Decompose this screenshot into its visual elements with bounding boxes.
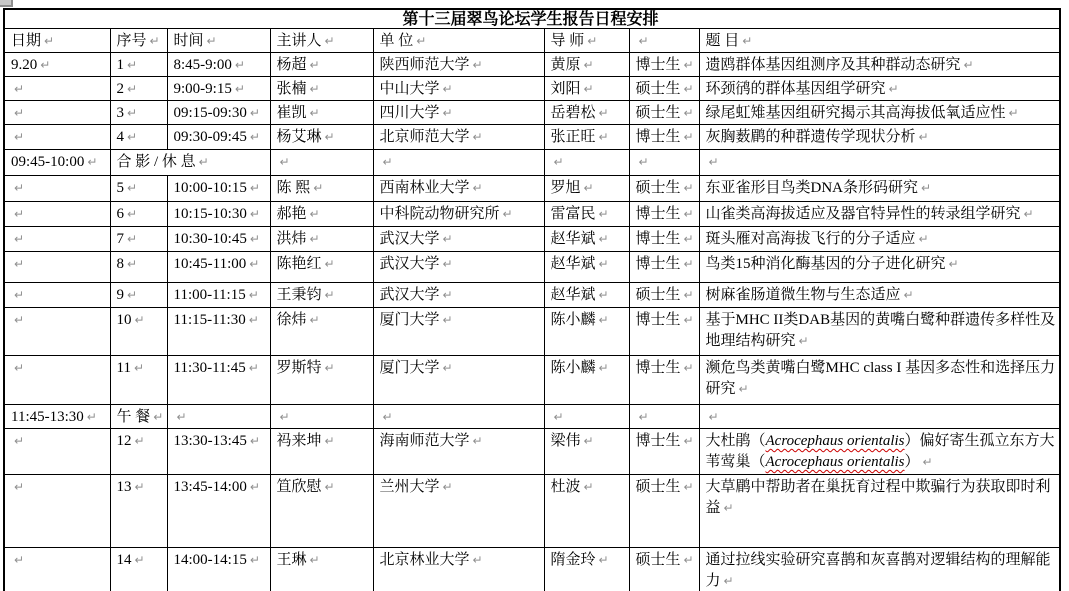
paragraph-mark-icon: ↵ xyxy=(681,361,694,375)
speaker-cell[interactable]: 王秉钧↵ xyxy=(270,283,373,308)
topic-cell[interactable]: 树麻雀肠道微生物与生态适应↵ xyxy=(699,283,1060,308)
index-cell[interactable]: 5↵ xyxy=(110,176,167,202)
topic-cell[interactable]: 通过拉线实验研究喜鹊和灰喜鹊对逻辑结构的理解能力↵ xyxy=(699,548,1060,591)
header-label: 题 目 xyxy=(706,33,740,49)
table-row: ↵2↵9:00-9:15↵张楠↵中山大学↵刘阳↵硕士生↵环颈鸻的群体基因组学研究… xyxy=(4,77,1060,101)
cell-text: 10:30-10:45 xyxy=(174,231,247,247)
paragraph-mark-icon: ↵ xyxy=(721,574,734,588)
degree-cell[interactable]: 博士生↵ xyxy=(629,356,699,405)
paragraph-mark-icon: ↵ xyxy=(247,207,260,221)
date-cell[interactable]: ↵ xyxy=(4,227,110,252)
cell-text: 遗鸥群体基因组测序及其种群动态研究 xyxy=(706,57,961,73)
date-cell[interactable]: ↵ xyxy=(4,356,110,405)
affiliation-cell[interactable]: ↵ xyxy=(373,405,544,429)
paragraph-mark-icon: ↵ xyxy=(440,361,453,375)
date-cell[interactable]: ↵ xyxy=(4,77,110,101)
cell-text: 11:30-11:45 xyxy=(174,360,246,376)
cell-text: 9 xyxy=(117,287,125,303)
cell-text: 博士生 xyxy=(636,231,681,247)
paragraph-mark-icon: ↵ xyxy=(131,361,144,375)
cell-text: 大草鹛中帮助者在巢抚育过程中欺骗行为获取即时利益 xyxy=(706,479,1051,516)
cell-text: 陈 熙 xyxy=(277,180,311,196)
cell-text: 雷富民 xyxy=(551,206,596,222)
cell-text: 武汉大学 xyxy=(380,287,440,303)
cell-text: 6 xyxy=(117,206,125,222)
paragraph-mark-icon: ↵ xyxy=(916,232,929,246)
header-label: 序号 xyxy=(117,33,147,49)
table-row: ↵10↵11:15-11:30↵徐炜↵厦门大学↵陈小麟↵博士生↵基于MHC II… xyxy=(4,308,1060,356)
table-row: ↵13↵13:45-14:00↵笪欣慰↵兰州大学↵杜波↵硕士生↵大草鹛中帮助者在… xyxy=(4,475,1060,548)
index-cell[interactable]: 8↵ xyxy=(110,252,167,283)
paragraph-mark-icon: ↵ xyxy=(470,181,483,195)
topic-cell[interactable]: 绿尾虹雉基因组研究揭示其高海拔低氧适应性↵ xyxy=(699,101,1060,125)
time-cell[interactable]: 10:00-10:15↵ xyxy=(167,176,270,202)
header-time[interactable]: 时间↵ xyxy=(167,29,270,53)
cell-text: 陈小麟 xyxy=(551,312,596,328)
paragraph-mark-icon: ↵ xyxy=(307,232,320,246)
paragraph-mark-icon: ↵ xyxy=(440,257,453,271)
speaker-cell[interactable]: 杨超↵ xyxy=(270,53,373,77)
cell-text: 濒危鸟类黄嘴白鹭MHC class I 基因多态性和选择压力研究 xyxy=(706,360,1056,397)
paragraph-mark-icon: ↵ xyxy=(470,58,483,72)
paragraph-mark-icon: ↵ xyxy=(124,82,137,96)
topic-cell[interactable]: ↵ xyxy=(699,405,1060,429)
header-affiliation[interactable]: 单 位↵ xyxy=(373,29,544,53)
index-cell[interactable]: 2↵ xyxy=(110,77,167,101)
paragraph-mark-icon: ↵ xyxy=(596,288,609,302)
paragraph-mark-icon: ↵ xyxy=(84,155,97,169)
date-cell[interactable]: 11:45-13:30↵ xyxy=(4,405,110,429)
header-topic[interactable]: 题 目↵ xyxy=(699,29,1060,53)
advisor-cell[interactable]: 雷富民↵ xyxy=(544,202,629,227)
paragraph-mark-icon: ↵ xyxy=(246,257,259,271)
cell-text: 徐炜 xyxy=(277,312,307,328)
cell-text: 09:15-09:30 xyxy=(174,105,247,121)
paragraph-mark-icon: ↵ xyxy=(124,181,137,195)
advisor-cell[interactable]: ↵ xyxy=(544,405,629,429)
paragraph-mark-icon: ↵ xyxy=(636,155,649,169)
paragraph-mark-icon: ↵ xyxy=(322,361,335,375)
cell-text: 郝艳 xyxy=(277,206,307,222)
date-cell[interactable]: ↵ xyxy=(4,125,110,150)
session-label[interactable]: 合 影 / 休 息↵ xyxy=(110,150,270,176)
degree-cell[interactable]: 硕士生↵ xyxy=(629,101,699,125)
advisor-cell[interactable]: 岳碧松↵ xyxy=(544,101,629,125)
degree-cell[interactable]: 博士生↵ xyxy=(629,429,699,475)
cell-text: 兰州大学 xyxy=(380,479,440,495)
degree-cell[interactable]: 博士生↵ xyxy=(629,308,699,356)
index-cell[interactable]: 7↵ xyxy=(110,227,167,252)
speaker-cell[interactable]: 祃来坤↵ xyxy=(270,429,373,475)
paragraph-mark-icon: ↵ xyxy=(901,288,914,302)
paragraph-mark-icon: ↵ xyxy=(596,207,609,221)
degree-cell[interactable]: ↵ xyxy=(629,405,699,429)
time-cell[interactable]: 11:15-11:30↵ xyxy=(167,308,270,356)
paragraph-mark-icon: ↵ xyxy=(132,553,145,567)
paragraph-mark-icon: ↵ xyxy=(322,434,335,448)
cell-text: 博士生 xyxy=(636,129,681,145)
paragraph-mark-icon: ↵ xyxy=(322,480,335,494)
paragraph-mark-icon: ↵ xyxy=(124,232,137,246)
paragraph-mark-icon: ↵ xyxy=(681,58,694,72)
latin-species-name: Acrocephaus orientalis xyxy=(766,433,905,449)
speaker-cell[interactable]: 陈 熙↵ xyxy=(270,176,373,202)
paragraph-mark-icon: ↵ xyxy=(84,410,97,424)
paragraph-mark-icon: ↵ xyxy=(681,232,694,246)
paragraph-mark-icon: ↵ xyxy=(440,232,453,246)
cell-text: 2 xyxy=(117,81,125,97)
cell-text: 王琳 xyxy=(277,552,307,568)
time-cell[interactable]: 8:45-9:00↵ xyxy=(167,53,270,77)
advisor-cell[interactable]: 罗旭↵ xyxy=(544,176,629,202)
paragraph-mark-icon: ↵ xyxy=(11,130,24,144)
table-row: ↵3↵09:15-09:30↵崔凯↵四川大学↵岳碧松↵硕士生↵绿尾虹雉基因组研究… xyxy=(4,101,1060,125)
time-cell[interactable]: 10:30-10:45↵ xyxy=(167,227,270,252)
date-cell[interactable]: ↵ xyxy=(4,548,110,591)
cell-text: 9.20 xyxy=(11,57,37,73)
time-cell[interactable]: 09:15-09:30↵ xyxy=(167,101,270,125)
cell-text: 硕士生 xyxy=(636,105,681,121)
speaker-cell[interactable]: 张楠↵ xyxy=(270,77,373,101)
cell-text: 刘阳 xyxy=(551,81,581,97)
speaker-cell[interactable]: 陈艳红↵ xyxy=(270,252,373,283)
date-cell[interactable]: ↵ xyxy=(4,101,110,125)
cell-text: 硕士生 xyxy=(636,287,681,303)
paragraph-mark-icon: ↵ xyxy=(11,207,24,221)
header-label: 导 师 xyxy=(551,33,585,49)
paragraph-mark-icon: ↵ xyxy=(681,257,694,271)
time-cell[interactable]: 11:30-11:45↵ xyxy=(167,356,270,405)
paragraph-mark-icon: ↵ xyxy=(440,106,453,120)
paragraph-mark-icon: ↵ xyxy=(11,82,24,96)
cell-text: 10 xyxy=(117,312,132,328)
date-cell[interactable]: ↵ xyxy=(4,308,110,356)
cell-text: 海南师范大学 xyxy=(380,433,470,449)
index-cell[interactable]: 14↵ xyxy=(110,548,167,591)
cell-text: 11 xyxy=(117,360,131,376)
table-title-cell[interactable]: 第十三届翠鸟论坛学生报告日程安排 xyxy=(4,9,1060,29)
paragraph-mark-icon: ↵ xyxy=(124,207,137,221)
table-move-handle-icon[interactable] xyxy=(0,0,13,7)
affiliation-cell[interactable]: 海南师范大学↵ xyxy=(373,429,544,475)
paragraph-mark-icon: ↵ xyxy=(918,181,931,195)
speaker-cell[interactable]: 郝艳↵ xyxy=(270,202,373,227)
cell-text: 武汉大学 xyxy=(380,256,440,272)
cell-text: 10:15-10:30 xyxy=(174,206,247,222)
time-cell[interactable]: ↵ xyxy=(167,405,270,429)
time-cell[interactable]: 13:30-13:45↵ xyxy=(167,429,270,475)
advisor-cell[interactable]: 杜波↵ xyxy=(544,475,629,548)
latin-species-name: Acrocephaus orientalis xyxy=(766,454,905,470)
time-cell[interactable]: 14:00-14:15↵ xyxy=(167,548,270,591)
index-cell[interactable]: 10↵ xyxy=(110,308,167,356)
time-cell[interactable]: 10:15-10:30↵ xyxy=(167,202,270,227)
cell-text: 陈小麟 xyxy=(551,360,596,376)
speaker-cell[interactable]: 罗斯特↵ xyxy=(270,356,373,405)
date-cell[interactable]: ↵ xyxy=(4,252,110,283)
paragraph-mark-icon: ↵ xyxy=(232,58,245,72)
time-cell[interactable]: 9:00-9:15↵ xyxy=(167,77,270,101)
speaker-cell[interactable]: 崔凯↵ xyxy=(270,101,373,125)
topic-cell[interactable]: ↵ xyxy=(699,150,1060,176)
cell-text: 11:00-11:15 xyxy=(174,287,246,303)
header-degree[interactable]: ↵ xyxy=(629,29,699,53)
topic-cell[interactable]: 环颈鸻的群体基因组学研究↵ xyxy=(699,77,1060,101)
affiliation-cell[interactable]: 西南林业大学↵ xyxy=(373,176,544,202)
paragraph-mark-icon: ↵ xyxy=(246,313,259,327)
degree-cell[interactable]: ↵ xyxy=(629,150,699,176)
affiliation-cell[interactable]: 陕西师范大学↵ xyxy=(373,53,544,77)
advisor-cell[interactable]: 赵华斌↵ xyxy=(544,227,629,252)
cell-text: 中山大学 xyxy=(380,81,440,97)
topic-cell[interactable]: 斑头雁对高海拔飞行的分子适应↵ xyxy=(699,227,1060,252)
paragraph-mark-icon: ↵ xyxy=(440,82,453,96)
topic-cell[interactable]: 遗鸥群体基因组测序及其种群动态研究↵ xyxy=(699,53,1060,77)
header-label: 主讲人 xyxy=(277,33,322,49)
cell-text: 厦门大学 xyxy=(380,360,440,376)
affiliation-cell[interactable]: 武汉大学↵ xyxy=(373,252,544,283)
cell-text: 11:45-13:30 xyxy=(11,409,84,425)
cell-text: 10:00-10:15 xyxy=(174,180,247,196)
topic-cell[interactable]: 濒危鸟类黄嘴白鹭MHC class I 基因多态性和选择压力研究↵ xyxy=(699,356,1060,405)
advisor-cell[interactable]: 赵华斌↵ xyxy=(544,283,629,308)
cell-text: 14 xyxy=(117,552,132,568)
index-cell[interactable]: 3↵ xyxy=(110,101,167,125)
paragraph-mark-icon: ↵ xyxy=(322,257,335,271)
table-row: 9.20↵1↵8:45-9:00↵杨超↵陕西师范大学↵黄原↵博士生↵遗鸥群体基因… xyxy=(4,53,1060,77)
index-cell[interactable]: 4↵ xyxy=(110,125,167,150)
advisor-cell[interactable]: ↵ xyxy=(544,150,629,176)
paragraph-mark-icon: ↵ xyxy=(124,106,137,120)
cell-text: 岳碧松 xyxy=(551,105,596,121)
paragraph-mark-icon: ↵ xyxy=(596,106,609,120)
cell-text: 张正旺 xyxy=(551,129,596,145)
paragraph-mark-icon: ↵ xyxy=(11,361,24,375)
topic-cell[interactable]: 灰胸薮鹛的种群遗传学现状分析↵ xyxy=(699,125,1060,150)
cell-text: 环颈鸻的群体基因组学研究 xyxy=(706,81,886,97)
cell-text: 东亚雀形目鸟类DNA条形码研究 xyxy=(706,180,919,196)
paragraph-mark-icon: ↵ xyxy=(596,232,609,246)
advisor-cell[interactable]: 梁伟↵ xyxy=(544,429,629,475)
advisor-cell[interactable]: 黄原↵ xyxy=(544,53,629,77)
speaker-cell[interactable]: ↵ xyxy=(270,405,373,429)
paragraph-mark-icon: ↵ xyxy=(307,553,320,567)
cell-text: 洪炜 xyxy=(277,231,307,247)
degree-cell[interactable]: 博士生↵ xyxy=(629,125,699,150)
cell-text: 通过拉线实验研究喜鹊和灰喜鹊对逻辑结构的理解能力 xyxy=(706,552,1051,589)
affiliation-cell[interactable]: 北京师范大学↵ xyxy=(373,125,544,150)
affiliation-cell[interactable]: 厦门大学↵ xyxy=(373,356,544,405)
paragraph-mark-icon: ↵ xyxy=(307,207,320,221)
topic-cell[interactable]: 鸟类15种消化酶基因的分子进化研究↵ xyxy=(699,252,1060,283)
paragraph-mark-icon: ↵ xyxy=(596,313,609,327)
index-cell[interactable]: 1↵ xyxy=(110,53,167,77)
table-row: ↵14↵14:00-14:15↵王琳↵北京林业大学↵隋金玲↵硕士生↵通过拉线实验… xyxy=(4,548,1060,591)
affiliation-cell[interactable]: 中科院动物研究所↵ xyxy=(373,202,544,227)
paragraph-mark-icon: ↵ xyxy=(946,257,959,271)
speaker-cell[interactable]: ↵ xyxy=(270,150,373,176)
paragraph-mark-icon: ↵ xyxy=(307,82,320,96)
date-cell[interactable]: ↵ xyxy=(4,475,110,548)
header-label: 时间 xyxy=(174,33,204,49)
table-row: 09:45-10:00↵合 影 / 休 息↵↵↵↵↵↵ xyxy=(4,150,1060,176)
cell-text: 北京林业大学 xyxy=(380,552,470,568)
affiliation-cell[interactable]: 北京林业大学↵ xyxy=(373,548,544,591)
index-cell[interactable]: 6↵ xyxy=(110,202,167,227)
cell-text: 厦门大学 xyxy=(380,312,440,328)
header-label: 单 位 xyxy=(380,33,414,49)
advisor-cell[interactable]: 刘阳↵ xyxy=(544,77,629,101)
time-cell[interactable]: 11:00-11:15↵ xyxy=(167,283,270,308)
degree-cell[interactable]: 硕士生↵ xyxy=(629,283,699,308)
paragraph-mark-icon: ↵ xyxy=(322,288,335,302)
header-index[interactable]: 序号↵ xyxy=(110,29,167,53)
paragraph-mark-icon: ↵ xyxy=(307,313,320,327)
paragraph-mark-icon: ↵ xyxy=(596,361,609,375)
paragraph-mark-icon: ↵ xyxy=(596,553,609,567)
header-advisor[interactable]: 导 师↵ xyxy=(544,29,629,53)
paragraph-mark-icon: ↵ xyxy=(246,288,259,302)
table-row: ↵6↵10:15-10:30↵郝艳↵中科院动物研究所↵雷富民↵博士生↵山雀类高海… xyxy=(4,202,1060,227)
advisor-cell[interactable]: 隋金玲↵ xyxy=(544,548,629,591)
paragraph-mark-icon: ↵ xyxy=(37,58,50,72)
table-row: ↵12↵13:30-13:45↵祃来坤↵海南师范大学↵梁伟↵博士生↵大杜鹃（Ac… xyxy=(4,429,1060,475)
cell-text: 杨超 xyxy=(277,57,307,73)
speaker-cell[interactable]: 杨艾琳↵ xyxy=(270,125,373,150)
header-speaker[interactable]: 主讲人↵ xyxy=(270,29,373,53)
session-label[interactable]: 午 餐↵ xyxy=(110,405,167,429)
date-cell[interactable]: ↵ xyxy=(4,283,110,308)
date-cell[interactable]: ↵ xyxy=(4,202,110,227)
paragraph-mark-icon: ↵ xyxy=(307,106,320,120)
paragraph-mark-icon: ↵ xyxy=(636,410,649,424)
paragraph-mark-icon: ↵ xyxy=(247,434,260,448)
paragraph-mark-icon: ↵ xyxy=(440,313,453,327)
cell-text: 硕士生 xyxy=(636,81,681,97)
paragraph-mark-icon: ↵ xyxy=(277,155,290,169)
cell-text: 陈艳红 xyxy=(277,256,322,272)
paragraph-mark-icon: ↵ xyxy=(706,155,719,169)
table-header-row: 日期↵序号↵时间↵主讲人↵单 位↵导 师↵↵题 目↵ xyxy=(4,29,1060,53)
cell-text: 9:00-9:15 xyxy=(174,81,232,97)
index-cell[interactable]: 11↵ xyxy=(110,356,167,405)
paragraph-mark-icon: ↵ xyxy=(132,313,145,327)
paragraph-mark-icon: ↵ xyxy=(681,130,694,144)
speaker-cell[interactable]: 王琳↵ xyxy=(270,548,373,591)
index-cell[interactable]: 12↵ xyxy=(110,429,167,475)
degree-cell[interactable]: 硕士生↵ xyxy=(629,176,699,202)
affiliation-cell[interactable]: 武汉大学↵ xyxy=(373,227,544,252)
paragraph-mark-icon: ↵ xyxy=(470,434,483,448)
cell-text: 崔凯 xyxy=(277,105,307,121)
affiliation-cell[interactable]: 武汉大学↵ xyxy=(373,283,544,308)
degree-cell[interactable]: 硕士生↵ xyxy=(629,475,699,548)
paragraph-mark-icon: ↵ xyxy=(124,130,137,144)
time-cell[interactable]: 09:30-09:45↵ xyxy=(167,125,270,150)
degree-cell[interactable]: 博士生↵ xyxy=(629,252,699,283)
paragraph-mark-icon: ↵ xyxy=(11,434,24,448)
cell-text: 斑头雁对高海拔飞行的分子适应 xyxy=(706,231,916,247)
page-title: 第十三届翠鸟论坛学生报告日程安排 xyxy=(402,11,658,28)
index-cell[interactable]: 9↵ xyxy=(110,283,167,308)
affiliation-cell[interactable]: ↵ xyxy=(373,150,544,176)
date-cell[interactable]: ↵ xyxy=(4,176,110,202)
cell-text: 3 xyxy=(117,105,125,121)
topic-cell[interactable]: 基于MHC II类DAB基因的黄嘴白鹭种群遗传多样性及地理结构研究↵ xyxy=(699,308,1060,356)
date-cell[interactable]: 9.20↵ xyxy=(4,53,110,77)
paragraph-mark-icon: ↵ xyxy=(636,34,649,48)
degree-cell[interactable]: 硕士生↵ xyxy=(629,77,699,101)
cell-text: 罗旭 xyxy=(551,180,581,196)
paragraph-mark-icon: ↵ xyxy=(581,480,594,494)
topic-cell[interactable]: 东亚雀形目鸟类DNA条形码研究↵ xyxy=(699,176,1060,202)
cell-text: 硕士生 xyxy=(636,479,681,495)
paragraph-mark-icon: ↵ xyxy=(584,34,597,48)
advisor-cell[interactable]: 赵华斌↵ xyxy=(544,252,629,283)
table-row: 11:45-13:30↵午 餐↵↵↵↵↵↵↵ xyxy=(4,405,1060,429)
header-date[interactable]: 日期↵ xyxy=(4,29,110,53)
cell-text: 梁伟 xyxy=(551,433,581,449)
topic-cell[interactable]: 大杜鹃（Acrocephaus orientalis）偏好寄生孤立东方大苇莺巢（… xyxy=(699,429,1060,475)
paragraph-mark-icon: ↵ xyxy=(307,58,320,72)
cell-text: 硕士生 xyxy=(636,552,681,568)
topic-cell[interactable]: 山雀类高海拔适应及器官特异性的转录组学研究↵ xyxy=(699,202,1060,227)
speaker-cell[interactable]: 笪欣慰↵ xyxy=(270,475,373,548)
advisor-cell[interactable]: 张正旺↵ xyxy=(544,125,629,150)
degree-cell[interactable]: 硕士生↵ xyxy=(629,548,699,591)
cell-text: 博士生 xyxy=(636,256,681,272)
paragraph-mark-icon: ↵ xyxy=(581,181,594,195)
paragraph-mark-icon: ↵ xyxy=(11,232,24,246)
degree-cell[interactable]: 博士生↵ xyxy=(629,53,699,77)
paragraph-mark-icon: ↵ xyxy=(681,207,694,221)
degree-cell[interactable]: 博士生↵ xyxy=(629,202,699,227)
cell-text: 博士生 xyxy=(636,433,681,449)
paragraph-mark-icon: ↵ xyxy=(174,410,187,424)
speaker-cell[interactable]: 徐炜↵ xyxy=(270,308,373,356)
cell-text: 10:45-11:00 xyxy=(174,256,247,272)
cell-text: 8:45-9:00 xyxy=(174,57,232,73)
date-cell[interactable]: 09:45-10:00↵ xyxy=(4,150,110,176)
paragraph-mark-icon: ↵ xyxy=(232,82,245,96)
paragraph-mark-icon: ↵ xyxy=(681,313,694,327)
topic-cell[interactable]: 大草鹛中帮助者在巢抚育过程中欺骗行为获取即时利益↵ xyxy=(699,475,1060,548)
affiliation-cell[interactable]: 中山大学↵ xyxy=(373,77,544,101)
paragraph-mark-icon: ↵ xyxy=(380,410,393,424)
cell-text: 硕士生 xyxy=(636,180,681,196)
affiliation-cell[interactable]: 厦门大学↵ xyxy=(373,308,544,356)
paragraph-mark-icon: ↵ xyxy=(132,434,145,448)
table-row: ↵8↵10:45-11:00↵陈艳红↵武汉大学↵赵华斌↵博士生↵鸟类15种消化酶… xyxy=(4,252,1060,283)
date-cell[interactable]: ↵ xyxy=(4,429,110,475)
index-cell[interactable]: 13↵ xyxy=(110,475,167,548)
paragraph-mark-icon: ↵ xyxy=(796,334,809,348)
cell-text: 北京师范大学 xyxy=(380,129,470,145)
speaker-cell[interactable]: 洪炜↵ xyxy=(270,227,373,252)
affiliation-cell[interactable]: 兰州大学↵ xyxy=(373,475,544,548)
cell-text: 大杜鹃（Acrocephaus orientalis）偏好寄生孤立东方大苇莺巢（… xyxy=(706,433,1055,470)
advisor-cell[interactable]: 陈小麟↵ xyxy=(544,356,629,405)
affiliation-cell[interactable]: 四川大学↵ xyxy=(373,101,544,125)
time-cell[interactable]: 10:45-11:00↵ xyxy=(167,252,270,283)
degree-cell[interactable]: 博士生↵ xyxy=(629,227,699,252)
paragraph-mark-icon: ↵ xyxy=(581,82,594,96)
paragraph-mark-icon: ↵ xyxy=(736,382,749,396)
paragraph-mark-icon: ↵ xyxy=(721,501,734,515)
advisor-cell[interactable]: 陈小麟↵ xyxy=(544,308,629,356)
cell-text: 西南林业大学 xyxy=(380,180,470,196)
time-cell[interactable]: 13:45-14:00↵ xyxy=(167,475,270,548)
